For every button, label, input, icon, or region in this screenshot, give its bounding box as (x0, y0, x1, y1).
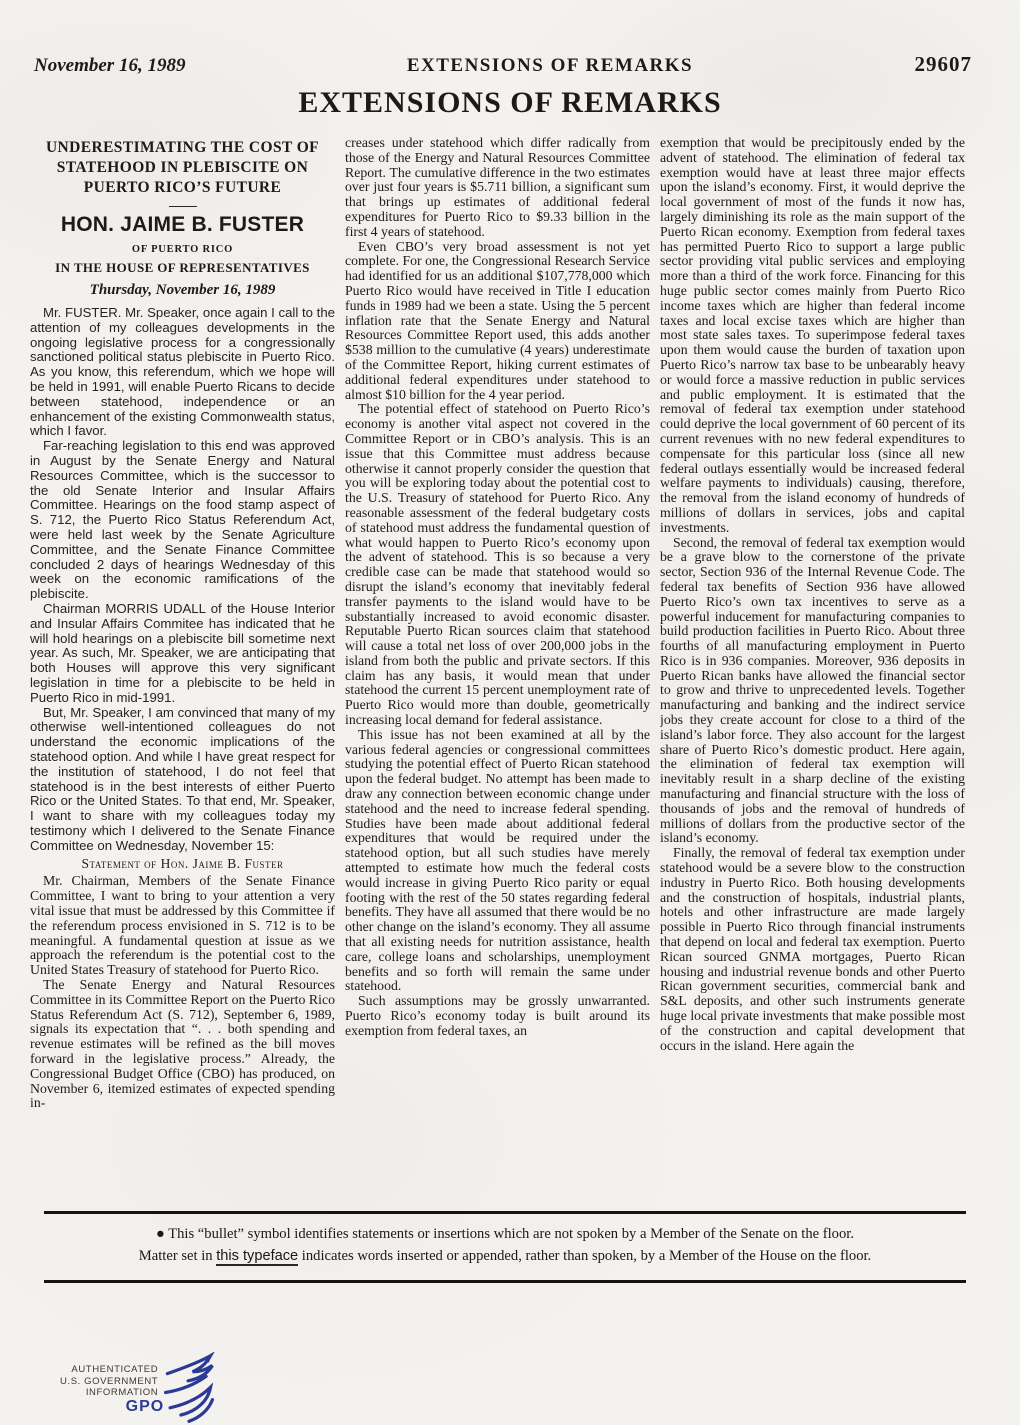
byline-chamber: IN THE HOUSE OF REPRESENTATIVES (30, 260, 335, 276)
paragraph: Mr. Chairman, Members of the Senate Fina… (30, 874, 335, 978)
paragraph: The Senate Energy and Natural Resources … (30, 978, 335, 1111)
text-columns: UNDERESTIMATING THE COST OF STATEHOOD IN… (30, 136, 965, 1198)
gpo-logo-text: AUTHENTICATED U.S. GOVERNMENT INFORMATIO… (60, 1364, 158, 1412)
paragraph: Far-reaching legislation to this end was… (30, 439, 335, 602)
footer-note-line-1: ● This “bullet” symbol identifies statem… (50, 1223, 960, 1245)
paragraph: Finally, the removal of federal tax exem… (660, 846, 965, 1053)
gpo-logo-line-3: INFORMATION (60, 1387, 158, 1399)
paragraph: Such assumptions may be grossly unwarran… (345, 994, 650, 1038)
footer-note-text-2a: Matter set in (139, 1248, 216, 1264)
footer-note-text-1: This “bullet” symbol identifies statemen… (168, 1226, 854, 1242)
paragraph: This issue has not been examined at all … (345, 728, 650, 994)
footer-note-line-2: Matter set in this typeface indicates wo… (50, 1245, 960, 1267)
footer-note: ● This “bullet” symbol identifies statem… (44, 1211, 966, 1283)
paragraph: exemption that would be precipitously en… (660, 136, 965, 536)
eagle-swoosh-icon (162, 1352, 216, 1424)
congressional-record-page: November 16, 1989 EXTENSIONS OF REMARKS … (0, 0, 1020, 1425)
heading-rule (169, 206, 197, 207)
byline-name: HON. JAIME B. FUSTER (30, 213, 335, 237)
gpo-logo-line-2: U.S. GOVERNMENT (60, 1376, 158, 1388)
typeface-sample: this typeface (216, 1248, 298, 1266)
paragraph: Second, the removal of federal tax exemp… (660, 536, 965, 847)
article-heading: UNDERESTIMATING THE COST OF STATEHOOD IN… (30, 138, 335, 198)
paragraph: Chairman MORRIS UDALL of the House Inter… (30, 602, 335, 706)
statement-heading: Statement of Hon. Jaime B. Fuster (30, 856, 335, 872)
running-head-date: November 16, 1989 (34, 55, 185, 77)
page-number: 29607 (915, 52, 973, 77)
paragraph: The potential effect of statehood on Pue… (345, 402, 650, 728)
gpo-authentication-logo: AUTHENTICATED U.S. GOVERNMENT INFORMATIO… (60, 1352, 245, 1424)
column-3: exemption that would be precipitously en… (660, 136, 965, 1198)
gpo-acronym: GPO (60, 1401, 164, 1413)
footer-note-text-2b: indicates words inserted or appended, ra… (298, 1248, 871, 1264)
paragraph: Mr. FUSTER. Mr. Speaker, once again I ca… (30, 306, 335, 439)
masthead-title: EXTENSIONS OF REMARKS (0, 86, 1020, 120)
running-head: November 16, 1989 EXTENSIONS OF REMARKS … (34, 52, 972, 77)
byline-date: Thursday, November 16, 1989 (30, 282, 335, 299)
byline-state: OF PUERTO RICO (30, 244, 335, 255)
column-1: UNDERESTIMATING THE COST OF STATEHOOD IN… (30, 136, 335, 1198)
column-2: creases under statehood which differ rad… (345, 136, 650, 1198)
running-head-title: EXTENSIONS OF REMARKS (407, 55, 693, 77)
paragraph: But, Mr. Speaker, I am convinced that ma… (30, 706, 335, 854)
gpo-logo-line-1: AUTHENTICATED (60, 1364, 158, 1376)
bullet-icon: ● (156, 1226, 168, 1242)
paragraph: Even CBO’s very broad assessment is not … (345, 240, 650, 403)
paragraph: creases under statehood which differ rad… (345, 136, 650, 240)
